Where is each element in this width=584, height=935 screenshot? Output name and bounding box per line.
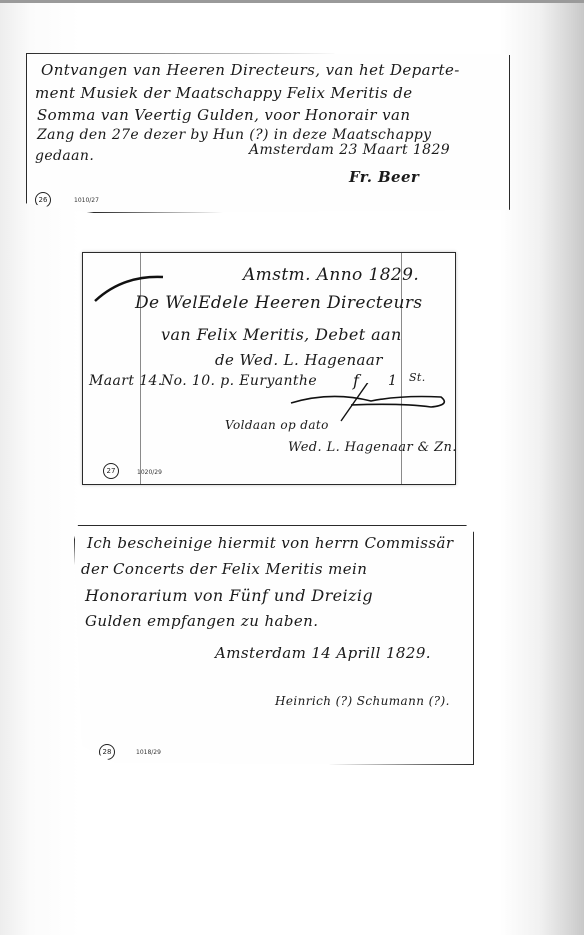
invoice-note-27: Amstm. Anno 1829. De WelEdele Heeren Dir… [82, 252, 456, 485]
catalog-number-27: 27 [103, 463, 119, 479]
receipt-note-26: Ontvangen van Heeren Directeurs, van het… [26, 53, 510, 213]
ledger-month: Maart 14. [89, 373, 163, 389]
inventory-number-28: 1018/29 [136, 749, 161, 756]
note-27-header: Amstm. Anno 1829. [243, 265, 419, 285]
inventory-number-27: 1020/29 [137, 469, 162, 476]
note-27-line-1: De WelEdele Heeren Directeurs [135, 293, 423, 313]
note-28-signature: Heinrich (?) Schumann (?). [275, 694, 450, 708]
note-26-line-4: Zang den 27e dezer by Hun (?) in deze Ma… [37, 127, 432, 143]
note-27-line-2: van Felix Meritis, Debet aan [161, 325, 402, 344]
note-28-line-3: Honorarium von Fünf und Dreizig [85, 586, 373, 605]
total-flourish [201, 383, 461, 423]
note-28-date: Amsterdam 14 Aprill 1829. [215, 644, 431, 662]
note-28-line-2: der Concerts der Felix Meritis mein [81, 560, 367, 578]
note-28-line-1: Ich bescheinige hiermit von herrn Commis… [87, 534, 453, 552]
note-26-line-1: Ontvangen van Heeren Directeurs, van het… [41, 61, 460, 79]
catalog-number-26: 26 [35, 192, 51, 208]
note-26-line-3: Somma van Veertig Gulden, voor Honorair … [37, 106, 410, 124]
note-26-line-5: gedaan. [35, 148, 94, 164]
catalog-number-28: 28 [99, 744, 115, 760]
note-28-line-4: Gulden empfangen zu haben. [85, 612, 318, 630]
inventory-number-26: 1010/27 [74, 197, 99, 204]
note-27-received: Voldaan op dato [225, 418, 329, 432]
note-26-date: Amsterdam 23 Maart 1829 [249, 142, 450, 158]
note-27-line-3: de Wed. L. Hagenaar [215, 351, 383, 369]
receipt-note-28: Ich bescheinige hiermit von herrn Commis… [74, 525, 474, 765]
note-26-signature: Fr. Beer [349, 168, 419, 186]
note-26-line-2: ment Musiek der Maatschappy Felix Meriti… [35, 84, 413, 102]
note-27-signature: Wed. L. Hagenaar & Zn. [288, 440, 457, 455]
page-top-edge [0, 0, 584, 3]
